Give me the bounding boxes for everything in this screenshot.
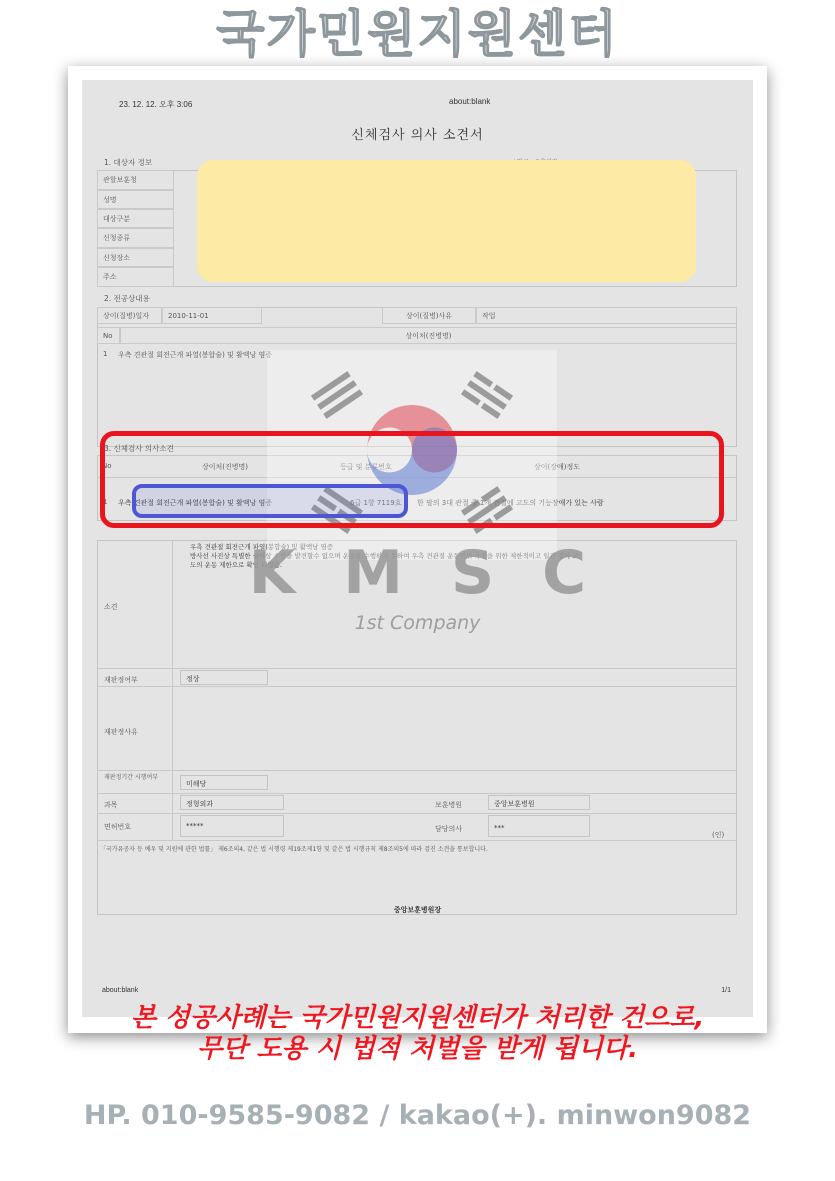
print-footer-url: about:blank bbox=[102, 987, 138, 994]
reexam-label: 재판정여부 bbox=[104, 675, 138, 685]
license-label: 면허번호 bbox=[104, 822, 131, 832]
dept-value: 정형외과 bbox=[186, 799, 213, 809]
divider bbox=[97, 793, 737, 794]
divider bbox=[97, 686, 737, 687]
document-title: 신체검사 의사 소견서 bbox=[82, 124, 753, 143]
hospital-label: 보훈병원 bbox=[435, 800, 462, 810]
legal-text: 「국가유공자 등 예우 및 지원에 관한 법률」 제6조의4, 같은 법 시행령… bbox=[100, 844, 488, 853]
section2-heading: 2. 전공상내용 bbox=[104, 293, 150, 304]
seal-mark: (인) bbox=[712, 830, 724, 840]
divider bbox=[97, 770, 737, 771]
injury-date-label: 상이(질병)일자 bbox=[97, 307, 162, 324]
recheck-value: 미해당 bbox=[186, 779, 206, 789]
divider bbox=[97, 813, 737, 814]
reexam-value: 정상 bbox=[186, 674, 200, 684]
hospital-value: 중앙보훈병원 bbox=[494, 799, 535, 809]
row-label: 관할보훈청 bbox=[97, 170, 174, 190]
company-watermark: 1st Company bbox=[82, 612, 753, 634]
dept-label: 과목 bbox=[104, 800, 118, 810]
redaction-box bbox=[197, 160, 696, 282]
divider bbox=[97, 668, 737, 669]
row-label: 대상구분 bbox=[97, 209, 174, 228]
row-label: 신청종류 bbox=[97, 228, 174, 248]
notice-line-1: 본 성공사례는 국가민원지원센터가 처리한 건으로, bbox=[0, 1003, 835, 1034]
print-url: about:blank bbox=[449, 97, 490, 106]
row-no: 1 bbox=[103, 350, 107, 358]
contact-info: HP. 010-9585-9082 / kakao(+). minwon9082 bbox=[0, 1100, 835, 1131]
row-label: 신청장소 bbox=[97, 248, 174, 267]
col-diagnosis: 상이처(진병명) bbox=[120, 327, 737, 344]
col-no: No bbox=[97, 327, 120, 344]
issuer-name: 중앙보훈병원장 bbox=[82, 905, 753, 915]
license-value: ***** bbox=[186, 822, 204, 830]
row-diagnosis: 우측 견관절 회전근개 파열(봉합술) 및 활액낭 염증 bbox=[118, 350, 272, 360]
row-label: 성명 bbox=[97, 190, 174, 209]
injury-reason-label: 상이(질병)사유 bbox=[382, 307, 476, 324]
divider bbox=[97, 840, 737, 841]
document-page: 23. 12. 12. 오후 3:06 about:blank 신체검사 의사 … bbox=[82, 80, 753, 1017]
print-date: 23. 12. 12. 오후 3:06 bbox=[119, 99, 192, 110]
doctor-label: 담당의사 bbox=[435, 824, 462, 834]
section1-heading: 1. 대상자 정보 bbox=[104, 157, 152, 168]
brand-title: 국가민원지원센터 bbox=[0, 0, 835, 66]
highlight-diagnosis-grade bbox=[132, 484, 408, 518]
recheck-label: 재판정기간 시행여부 bbox=[104, 774, 164, 782]
reexam-reason-label: 재판정사유 bbox=[104, 727, 138, 737]
injury-reason-value: 작업 bbox=[476, 307, 737, 324]
print-footer-page: 1/1 bbox=[721, 987, 731, 994]
row-label: 주소 bbox=[97, 267, 174, 287]
injury-date-value: 2010-11-01 bbox=[162, 307, 262, 324]
notice-line-2: 무단 도용 시 법적 처벌을 받게 됩니다. bbox=[0, 1034, 835, 1065]
doctor-value: *** bbox=[494, 824, 505, 832]
kmsc-watermark: KMSC bbox=[82, 538, 753, 608]
